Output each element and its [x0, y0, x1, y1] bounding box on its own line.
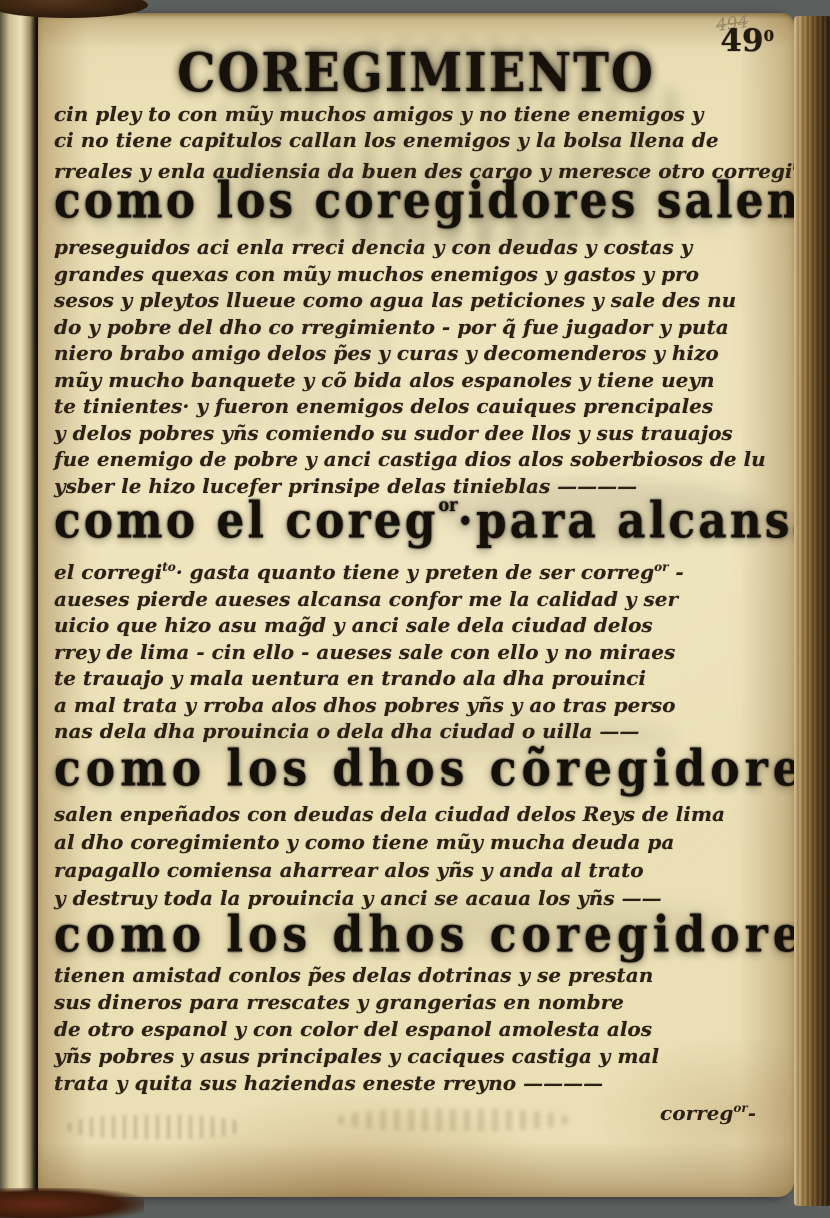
text-line: sus dineros para rrescates y grangerias …: [54, 989, 788, 1016]
heading-segment: como el coreg: [54, 493, 438, 550]
text-line: do y pobre del dho co rregimiento - por …: [54, 314, 788, 341]
section-paragraph-1: preseguidos aci enla rreci dencia y con …: [54, 234, 788, 499]
text-segment: el corregi: [54, 560, 162, 584]
text-line: sesos y pleytos llueue como agua las pet…: [54, 287, 788, 314]
text-line: te tinientes· y fueron enemigos delos ca…: [54, 393, 788, 420]
text-line: uicio que hizo asu mag̃d y anci sale del…: [54, 612, 788, 639]
section-heading-2: como el coregor·para alcansar: [54, 493, 830, 550]
text-line: ci no tiene capitulos callan los enemigo…: [54, 127, 788, 153]
facing-page-edge: [0, 12, 38, 1202]
text-line: tienen amistad conlos p̃es delas dotrina…: [54, 962, 788, 989]
text-segment: · gasta quanto tiene y preten de ser cor…: [176, 560, 654, 584]
superscript-abbreviation: or: [733, 1101, 747, 1115]
text-line: al dho coregimiento y como tiene mũy muc…: [54, 828, 788, 856]
text-line: trata y quita sus haziendas eneste rreyn…: [54, 1070, 788, 1097]
text-line: yñs pobres y asus principales y caciques…: [54, 1043, 788, 1070]
text-line: te trauajo y mala uentura en trando ala …: [54, 665, 788, 692]
text-line: aueses pierde aueses alcansa confor me l…: [54, 586, 788, 613]
text-line: preseguidos aci enla rreci dencia y con …: [54, 234, 788, 261]
superscript-abbreviation: or: [654, 560, 668, 574]
heading-segment: ·para alcansar: [458, 493, 830, 550]
text-line: rapagallo comiensa aharrear alos yñs y a…: [54, 856, 788, 884]
section-heading-1: como los coregidores salen:: [54, 173, 821, 230]
manuscript-page: 494 490 COREGIMIENTO cin pley to con mũy…: [38, 13, 794, 1197]
page-title: COREGIMIENTO: [38, 42, 794, 105]
superscript-abbreviation: to: [162, 560, 176, 574]
ink-showthrough-smudge: [338, 1109, 568, 1131]
section-paragraph-2: el corregito· gasta quanto tiene y prete…: [54, 554, 788, 745]
section-paragraph-4: tienen amistad conlos p̃es delas dotrina…: [54, 962, 788, 1097]
text-line: cin pley to con mũy muchos amigos y no t…: [54, 101, 788, 127]
text-line: el corregito· gasta quanto tiene y prete…: [54, 554, 788, 586]
text-line: fue enemigo de pobre y anci castiga dios…: [54, 446, 788, 473]
intro-paragraph: cin pley to con mũy muchos amigos y no t…: [54, 101, 788, 184]
book-fore-edge: [794, 16, 830, 1206]
text-segment: -: [668, 560, 683, 584]
text-line: y delos pobres yñs comiendo su sudor dee…: [54, 420, 788, 447]
manuscript-photo: 494 490 COREGIMIENTO cin pley to con mũy…: [0, 0, 830, 1218]
text-line: salen enpeñados con deudas dela ciudad d…: [54, 800, 788, 828]
text-segment: -: [748, 1101, 756, 1125]
binding-edge-bottom: [0, 1188, 144, 1218]
section-paragraph-3: salen enpeñados con deudas dela ciudad d…: [54, 800, 788, 912]
section-heading-4: como los dhos coregidores: [54, 907, 830, 964]
text-segment: correg: [660, 1101, 733, 1125]
catchword: corregor-: [660, 1101, 756, 1125]
text-line: a mal trata y rroba alos dhos pobres yñs…: [54, 692, 788, 719]
superscript-abbreviation: or: [438, 494, 457, 515]
pencil-scribble: [68, 1115, 243, 1139]
text-line: mũy mucho banquete y cõ bida alos espano…: [54, 367, 788, 394]
text-line: de otro espanol y con color del espanol …: [54, 1016, 788, 1043]
text-line: grandes quexas con mũy muchos enemigos y…: [54, 261, 788, 288]
text-line: niero brabo amigo delos p̃es y curas y d…: [54, 340, 788, 367]
section-heading-3: como los dhos cõregidores: [54, 741, 830, 798]
text-line: rrey de lima - cin ello - aueses sale co…: [54, 639, 788, 666]
